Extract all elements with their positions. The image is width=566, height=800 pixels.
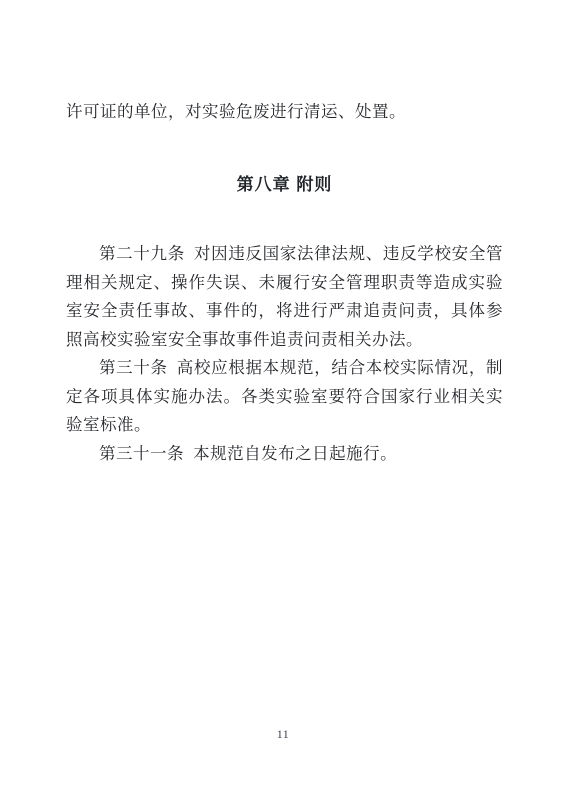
- document-page: 许可证的单位，对实验危废进行清运、处置。 第八章 附则 第二十九条对因违反国家法…: [0, 0, 566, 800]
- chapter-heading: 第八章 附则: [66, 171, 503, 200]
- article-31-text: 本规范自发布之日起施行。: [193, 444, 397, 463]
- article-29: 第二十九条对因违反国家法律法规、违反学校安全管理相关规定、操作失误、未履行安全管…: [66, 240, 503, 354]
- article-30-label: 第三十条: [99, 358, 168, 377]
- page-number: 11: [0, 727, 566, 742]
- article-29-label: 第二十九条: [99, 244, 185, 263]
- article-30: 第三十条高校应根据本规范，结合本校实际情况，制定各项具体实施办法。各类实验室要符…: [66, 354, 503, 440]
- page-body: 许可证的单位，对实验危废进行清运、处置。 第八章 附则 第二十九条对因违反国家法…: [66, 98, 503, 468]
- article-31-label: 第三十一条: [99, 444, 184, 463]
- leading-paragraph: 许可证的单位，对实验危废进行清运、处置。: [66, 98, 503, 127]
- article-31: 第三十一条本规范自发布之日起施行。: [66, 440, 503, 469]
